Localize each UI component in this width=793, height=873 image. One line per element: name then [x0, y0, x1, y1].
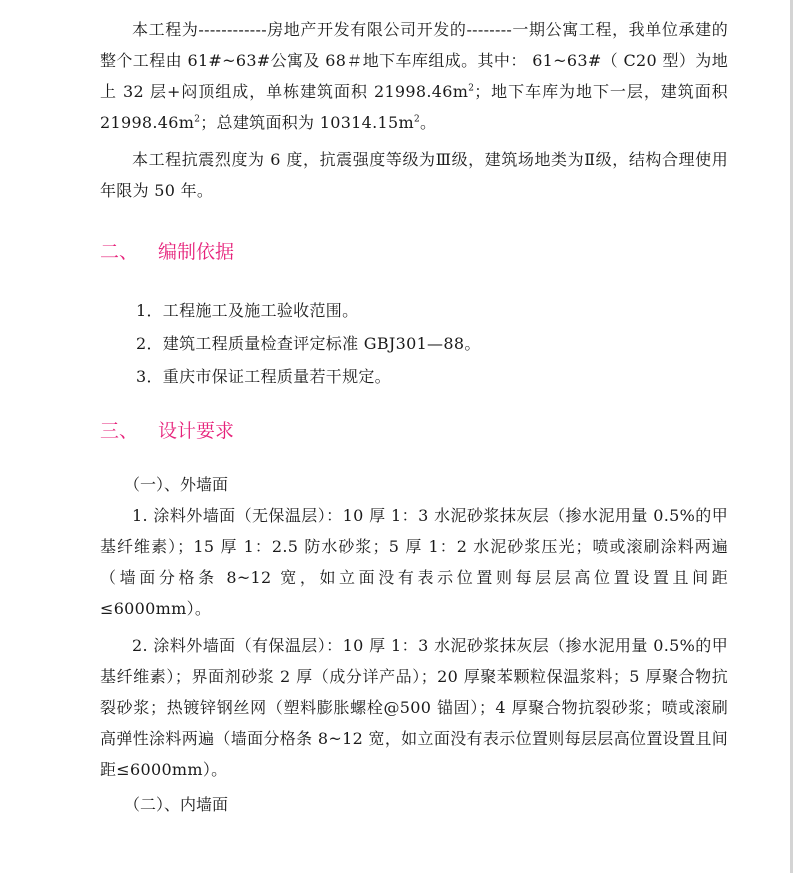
subsection-title-interior-wall: （二）、内墙面	[100, 789, 728, 820]
section-number: 三、	[100, 415, 158, 447]
spacer	[100, 447, 728, 469]
subsection-title-exterior-wall: （一）、外墙面	[100, 469, 728, 500]
list-item: 2．建筑工程质量检查评定标准 GBJ301—88。	[100, 327, 728, 360]
spacer	[100, 393, 728, 415]
section-heading-basis: 二、 编制依据	[100, 236, 728, 268]
spacer	[100, 206, 728, 236]
document-content: 本工程为------------房地产开发有限公司开发的--------一期公寓…	[100, 14, 728, 820]
section-title: 设计要求	[158, 415, 234, 447]
document-page: 本工程为------------房地产开发有限公司开发的--------一期公寓…	[0, 0, 790, 873]
project-overview-paragraph: 本工程为------------房地产开发有限公司开发的--------一期公寓…	[100, 14, 728, 138]
list-item: 1．工程施工及施工验收范围。	[100, 294, 728, 327]
basis-list: 1．工程施工及施工验收范围。 2．建筑工程质量检查评定标准 GBJ301—88。…	[100, 294, 728, 393]
exterior-wall-paragraph-1: 1. 涂料外墙面（无保温层）：10 厚 1：3 水泥砂浆抹灰层（掺水泥用量 0.…	[100, 500, 728, 624]
section-number: 二、	[100, 236, 158, 268]
seismic-paragraph: 本工程抗震烈度为 6 度，抗震强度等级为Ⅲ级，建筑场地类为Ⅱ级，结构合理使用年限…	[100, 144, 728, 206]
exterior-wall-paragraph-2: 2. 涂料外墙面（有保温层）：10 厚 1：3 水泥砂浆抹灰层（掺水泥用量 0.…	[100, 630, 728, 785]
overview-text-4: 。	[420, 113, 436, 132]
spacer	[100, 268, 728, 294]
section-heading-design: 三、 设计要求	[100, 415, 728, 447]
overview-text-3: ；总建筑面积为 10314.15m	[200, 113, 414, 132]
list-item: 3．重庆市保证工程质量若干规定。	[100, 360, 728, 393]
section-title: 编制依据	[158, 236, 234, 268]
